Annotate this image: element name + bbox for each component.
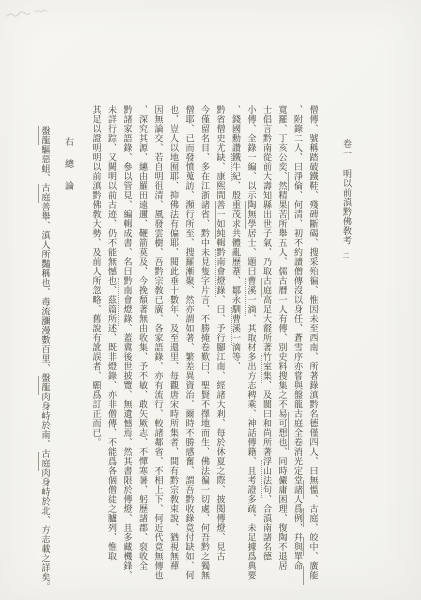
proper-name-mark bbox=[303, 508, 304, 527]
book-title-mark bbox=[231, 153, 233, 181]
pencil-inscription-icon bbox=[4, 4, 49, 23]
proper-name-mark bbox=[38, 452, 39, 471]
proper-name-mark bbox=[215, 201, 216, 239]
section-end-label: 右總論 bbox=[60, 105, 76, 587]
text-column-5: 小傳、全錄一編、以示陶無學居士、題曰曹溪一滴、其取材多出方志稗乘、神話傳籍、且考… bbox=[242, 105, 258, 587]
text-block: 卷一明以前滇黔佛敎考二 僧傳、號稱踏破鐵鞋、殘碑斷碣、搜采殆徧、惟因未至西南、所… bbox=[36, 105, 353, 587]
proper-name-mark bbox=[38, 126, 39, 145]
text-column-9: 僧耶、已而發憤蒐訪、瀕行所至、搜羅漸聚、然亦謂如著、繁差異資治、爾時不勝感奮、謂… bbox=[180, 105, 196, 587]
proper-name-mark bbox=[288, 201, 289, 220]
text-column-1: 僧傳、號稱踏破鐵鞋、殘碑斷碣、搜采殆徧、惟因未至西南、所著錄滇黔名德僅四人、曰無… bbox=[304, 105, 320, 587]
text-column-3: 寬羅、丁亥公奕、然精果苦所舉五人、儒古曆一人有傳、別史料搜集之不易可想也、同時儼… bbox=[273, 105, 289, 587]
scanned-page: 卷一明以前滇黔佛敎考二 僧傳、號稱踏破鐵鞋、殘碑斷碣、搜采殆徧、惟因未至西南、所… bbox=[0, 0, 421, 600]
proper-name-mark bbox=[303, 480, 304, 499]
text-column-15: 其足以證明明以前滇黔佛敎大勢、及前人所忽略、舊說有訛誤者、願爲訂正而已。 bbox=[87, 105, 103, 587]
text-column-4: 士倡言黔南從前大壽知縣出世子氣、乃取古庭高足大壡所著竹室集、及閬曰和尚所著浮山法… bbox=[258, 105, 274, 587]
proper-name-mark bbox=[38, 376, 39, 395]
text-column-2: 、附錄二人、曰淨倫、何清、初不約讀僧傳沒以身任、蒼雪序亦嘗與盤龍古庭全卷消光定堂… bbox=[289, 105, 305, 587]
proper-name-mark bbox=[245, 201, 246, 229]
book-title-mark bbox=[245, 278, 247, 316]
chapter-title: 明以前滇黔佛敎考 bbox=[341, 169, 351, 245]
proper-name-mark bbox=[303, 537, 304, 556]
proper-name-mark bbox=[288, 412, 289, 450]
book-title-mark bbox=[261, 460, 263, 498]
proper-name-mark bbox=[303, 566, 304, 585]
book-title-mark bbox=[231, 307, 233, 345]
text-column-14: 未詳行踪、又闕明以前古迹、仍不能無憾也、茲篇所述、既非燈錄、亦非僧傳、不能爲各個… bbox=[103, 105, 119, 587]
book-title-mark bbox=[215, 249, 217, 297]
proper-name-mark bbox=[288, 172, 289, 191]
text-column-12: 、深究其源、繐由羅田遠邇、鞭箭莫及、今挽頹著無由收集、予不敏、敢矢厥志、不憚寒暑… bbox=[134, 105, 150, 587]
volume-label: 卷一 bbox=[341, 139, 351, 158]
running-header: 卷一明以前滇黔佛敎考二 bbox=[338, 105, 354, 587]
text-column-10: 也、豈人以地囿耶、抑佛法有偏耶、閱此垂十數年、及至還里、每觀唐宋時所集者、間有黔… bbox=[165, 105, 181, 587]
text-column-13: 黔諸家語錄、參以管見、編輯成書、名曰黔南會燈錄、蓋冀後世披覽、無遺憾焉、然其書限… bbox=[118, 105, 134, 587]
proper-name-mark bbox=[38, 184, 39, 203]
book-title-mark bbox=[118, 278, 120, 326]
closing-paragraph-column: 盤龍驅惡蛆、古庭善舉、滇人所豔稱也、毒流瀰漫數百里、盤龍肉身峙於南、古庭肉身峙於… bbox=[36, 105, 52, 587]
proper-name-mark bbox=[261, 278, 262, 297]
text-column-7: 黔省僧史尤缺、康熙間善一如純輯黔南會燈錄、曰、予行腳江南、經諸大剎、每於休夏之際… bbox=[211, 105, 227, 587]
book-title-mark bbox=[261, 355, 263, 383]
page-number: 二 bbox=[342, 252, 350, 260]
text-column-8: 今僅留名目、多在江浙諸省、黔中未見隻字片言、不勝掩卷歎曰、聖賢不擇地而生、佛法徧… bbox=[196, 105, 212, 587]
text-column-6: 、錢國勳讚鐵牛紀、殷重茂求共體亂歷葦、鄒永馴曹溪一滴等、 bbox=[227, 105, 243, 587]
text-column-11: 因無論交、若自明徂清、風發雲樹、吾黔宗敎已廣、各家語錄、亦有流行、較諸鄰省、不相… bbox=[149, 105, 165, 587]
